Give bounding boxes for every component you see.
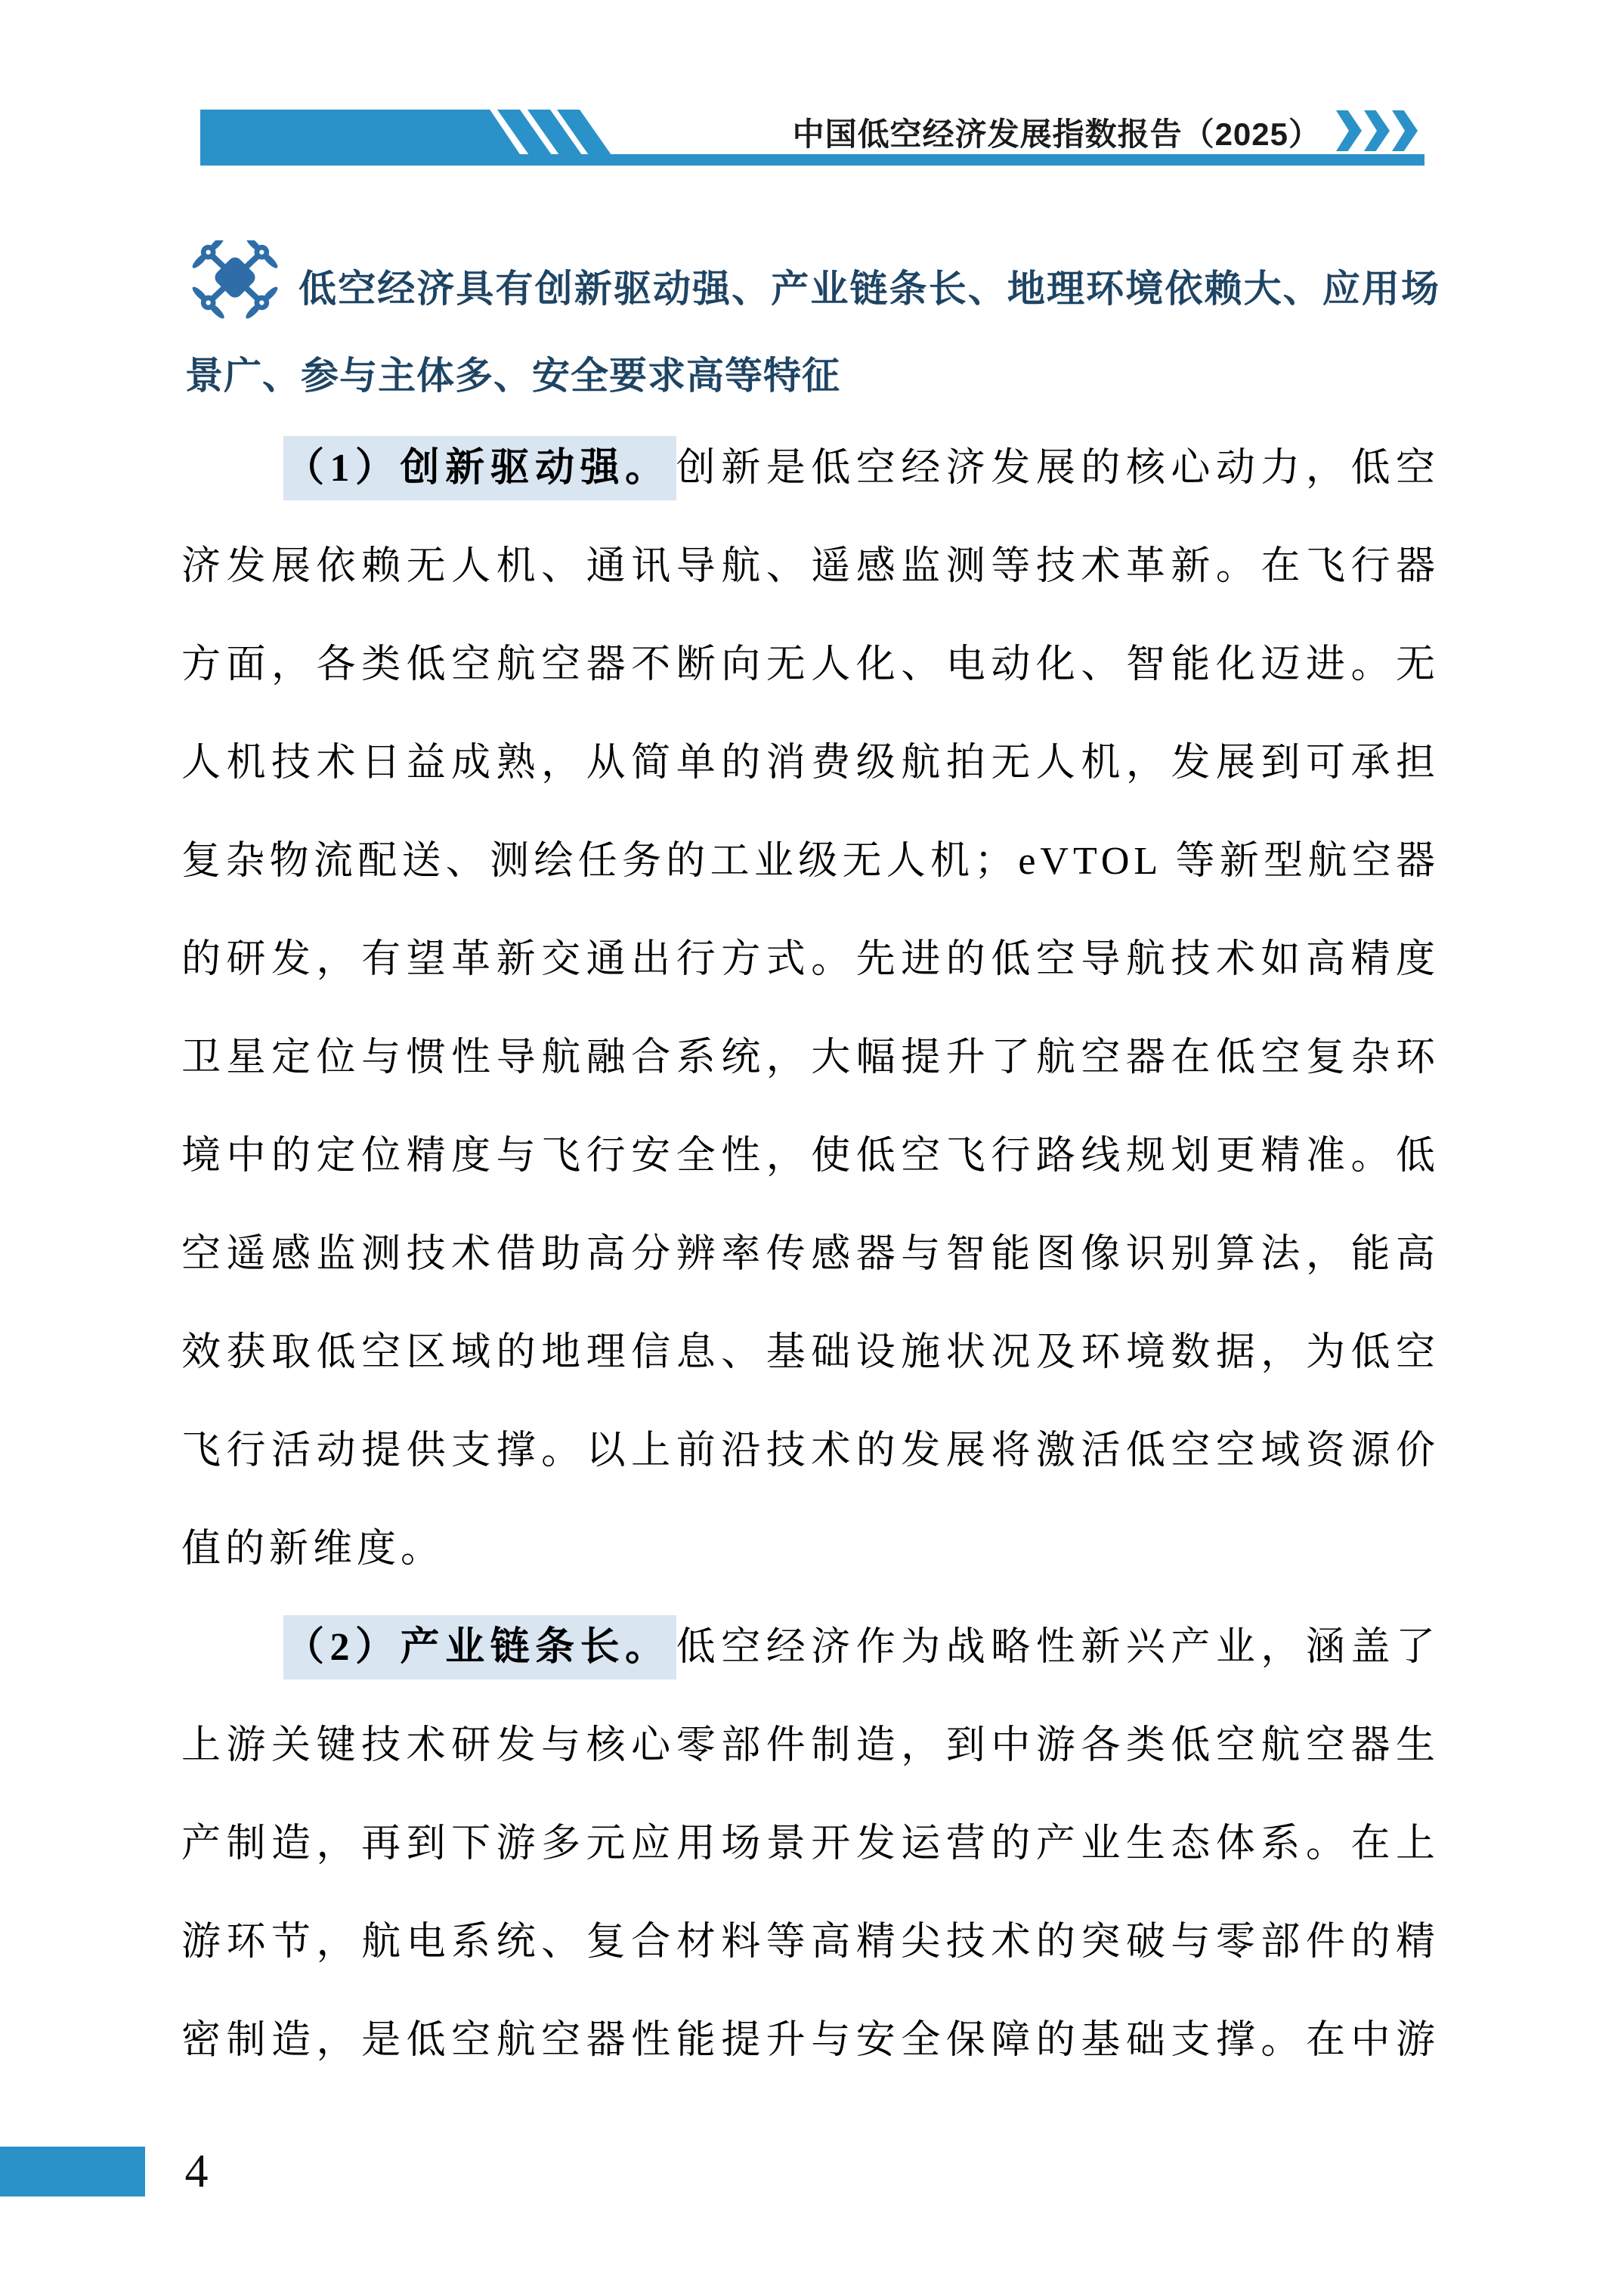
body-line: 空遥感监测技术借助高分辨率传感器与智能图像识别算法，能高 <box>181 1206 1440 1304</box>
chevron-right-icon <box>1364 110 1390 151</box>
chevron-right-icon <box>1392 110 1418 151</box>
body-line: 密制造，是低空航空器性能提升与安全保障的基础支撑。在中游 <box>181 1992 1440 2090</box>
body-line: 人机技术日益成熟，从简单的消费级航拍无人机，发展到可承担 <box>181 714 1440 813</box>
body-line: 游环节，航电系统、复合材料等高精尖技术的突破与零部件的精 <box>181 1893 1440 1992</box>
body-line: 的研发，有望革新交通出行方式。先进的低空导航技术如高精度 <box>181 911 1440 1009</box>
document-page: 中国低空经济发展指数报告（2025） 低空经济具有创新驱动 <box>0 0 1624 2294</box>
body-line: （1）创新驱动强。创新是低空经济发展的核心动力，低空经 <box>181 419 1440 518</box>
paragraph-lead-highlight: （2）产业链条长。 <box>283 1615 676 1679</box>
body-line: 产制造，再到下游多元应用场景开发运营的产业生态体系。在上 <box>181 1795 1440 1893</box>
body-line: 飞行活动提供支撑。以上前沿技术的发展将激活低空空域资源价 <box>181 1402 1440 1500</box>
page-number: 4 <box>170 2145 223 2198</box>
body-line: 效获取低空区域的地理信息、基础设施状况及环境数据，为低空 <box>181 1304 1440 1402</box>
body-line: 上游关键技术研发与核心零部件制造，到中游各类低空航空器生 <box>181 1697 1440 1795</box>
report-title: 中国低空经济发展指数报告（2025） <box>641 116 1321 155</box>
body-line: 方面，各类低空航空器不断向无人化、电动化、智能化迈进。无 <box>181 616 1440 714</box>
body-line: （2）产业链条长。低空经济作为战略性新兴产业，涵盖了从 <box>181 1599 1440 1697</box>
header-chevrons <box>1336 110 1418 151</box>
chevron-right-icon <box>1336 110 1362 151</box>
body-line: 值的新维度。 <box>181 1500 1440 1599</box>
body-text: （1）创新驱动强。创新是低空经济发展的核心动力，低空经济发展依赖无人机、通讯导航… <box>181 419 1440 2090</box>
footer-accent-rect <box>0 2147 145 2196</box>
body-line: 复杂物流配送、测绘任务的工业级无人机；eVTOL 等新型航空器 <box>181 813 1440 911</box>
section-heading-line1: 低空经济具有创新驱动强、产业链条长、地理环境依赖大、应用场 <box>185 246 1440 333</box>
section-heading-line2: 景广、参与主体多、安全要求高等特征 <box>185 333 1440 419</box>
section-heading: 低空经济具有创新驱动强、产业链条长、地理环境依赖大、应用场 景广、参与主体多、安… <box>185 246 1440 419</box>
paragraph-lead-highlight: （1）创新驱动强。 <box>283 436 676 500</box>
header-rule-bar <box>200 154 1424 166</box>
body-line: 卫星定位与惯性导航融合系统，大幅提升了航空器在低空复杂环 <box>181 1009 1440 1107</box>
body-line: 济发展依赖无人机、通讯导航、遥感监测等技术革新。在飞行器 <box>181 518 1440 616</box>
body-line: 境中的定位精度与飞行安全性，使低空飞行路线规划更精准。低 <box>181 1107 1440 1206</box>
